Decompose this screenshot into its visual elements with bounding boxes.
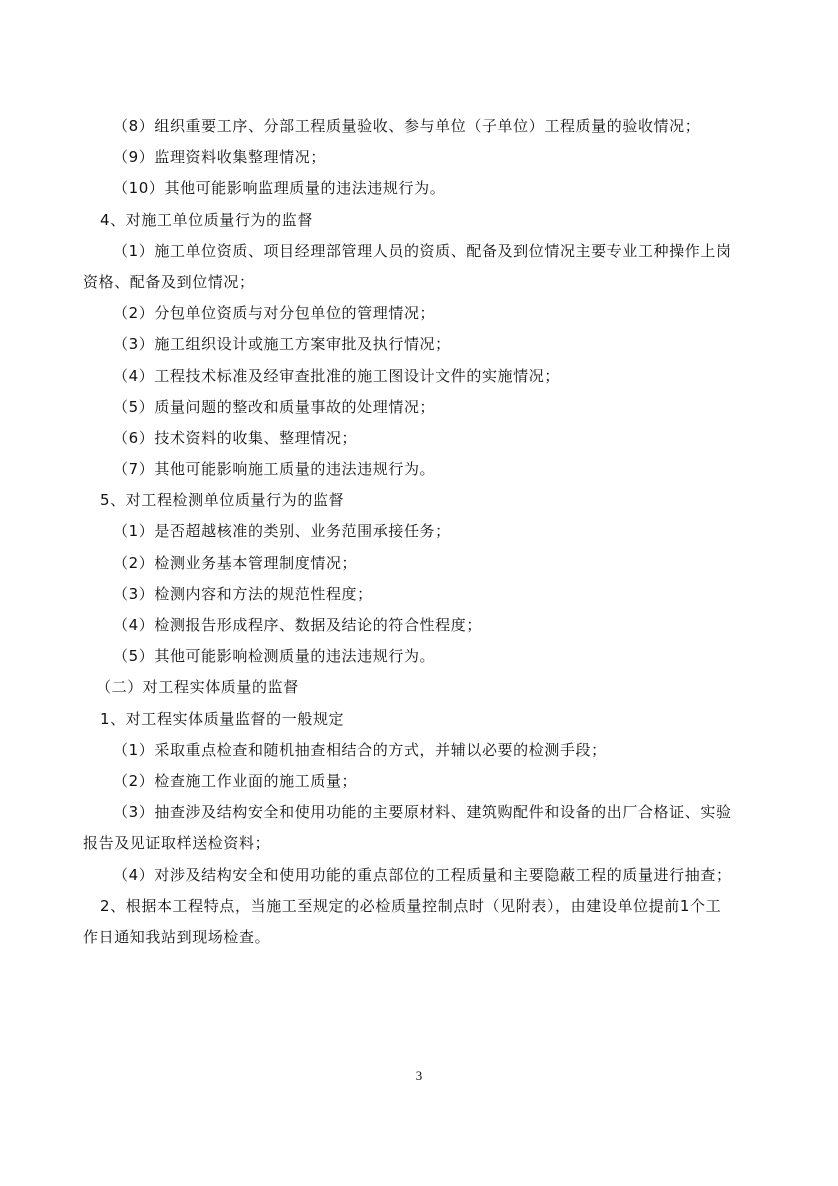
list-item-testing-3: （3）检测内容和方法的规范性程度； (83, 579, 743, 610)
list-item-construction-1: （1）施工单位资质、项目经理部管理人员的资质、配备及到位情况主要专业工种操作上岗 (83, 236, 743, 267)
list-item-entity-1: （1）采取重点检查和随机抽查相结合的方式，并辅以必要的检测手段； (83, 735, 743, 766)
list-item-supervision-8: （8）组织重要工序、分部工程质量验收、参与单位（子单位）工程质量的验收情况； (83, 111, 743, 142)
page-number: 3 (0, 1068, 838, 1084)
document-page: （8）组织重要工序、分部工程质量验收、参与单位（子单位）工程质量的验收情况； （… (0, 0, 838, 1186)
section-heading-2-continued: 作日通知我站到现场检查。 (83, 922, 743, 953)
list-item-entity-2: （2）检查施工作业面的施工质量； (83, 766, 743, 797)
document-body: （8）组织重要工序、分部工程质量验收、参与单位（子单位）工程质量的验收情况； （… (83, 111, 743, 953)
list-item-construction-2: （2）分包单位资质与对分包单位的管理情况； (83, 298, 743, 329)
list-item-construction-1-continued: 资格、配备及到位情况； (83, 267, 743, 298)
list-item-entity-3: （3）抽查涉及结构安全和使用功能的主要原材料、建筑购配件和设备的出厂合格证、实验 (83, 797, 743, 828)
section-heading-5: 5、对工程检测单位质量行为的监督 (83, 485, 743, 516)
list-item-construction-3: （3）施工组织设计或施工方案审批及执行情况； (83, 329, 743, 360)
list-item-construction-7: （7）其他可能影响施工质量的违法违规行为。 (83, 454, 743, 485)
list-item-testing-4: （4）检测报告形成程序、数据及结论的符合性程度； (83, 610, 743, 641)
list-item-construction-5: （5）质量问题的整改和质量事故的处理情况； (83, 392, 743, 423)
section-heading-2-inspection: 2、根据本工程特点，当施工至规定的必检质量控制点时（见附表），由建设单位提前1个… (83, 891, 743, 922)
list-item-construction-4: （4）工程技术标准及经审查批准的施工图设计文件的实施情况； (83, 361, 743, 392)
list-item-testing-5: （5）其他可能影响检测质量的违法违规行为。 (83, 641, 743, 672)
section-heading-1-general: 1、对工程实体质量监督的一般规定 (83, 704, 743, 735)
list-item-supervision-9: （9）监理资料收集整理情况； (83, 142, 743, 173)
section-heading-4: 4、对施工单位质量行为的监督 (83, 205, 743, 236)
list-item-entity-3-continued: 报告及见证取样送检资料； (83, 828, 743, 859)
list-item-testing-1: （1）是否超越核准的类别、业务范围承接任务； (83, 516, 743, 547)
list-item-testing-2: （2）检测业务基本管理制度情况； (83, 548, 743, 579)
list-item-entity-4: （4）对涉及结构安全和使用功能的重点部位的工程质量和主要隐蔽工程的质量进行抽查； (83, 860, 743, 891)
list-item-supervision-10: （10）其他可能影响监理质量的违法违规行为。 (83, 173, 743, 204)
list-item-construction-6: （6）技术资料的收集、整理情况； (83, 423, 743, 454)
section-heading-part-2: （二）对工程实体质量的监督 (83, 672, 743, 703)
